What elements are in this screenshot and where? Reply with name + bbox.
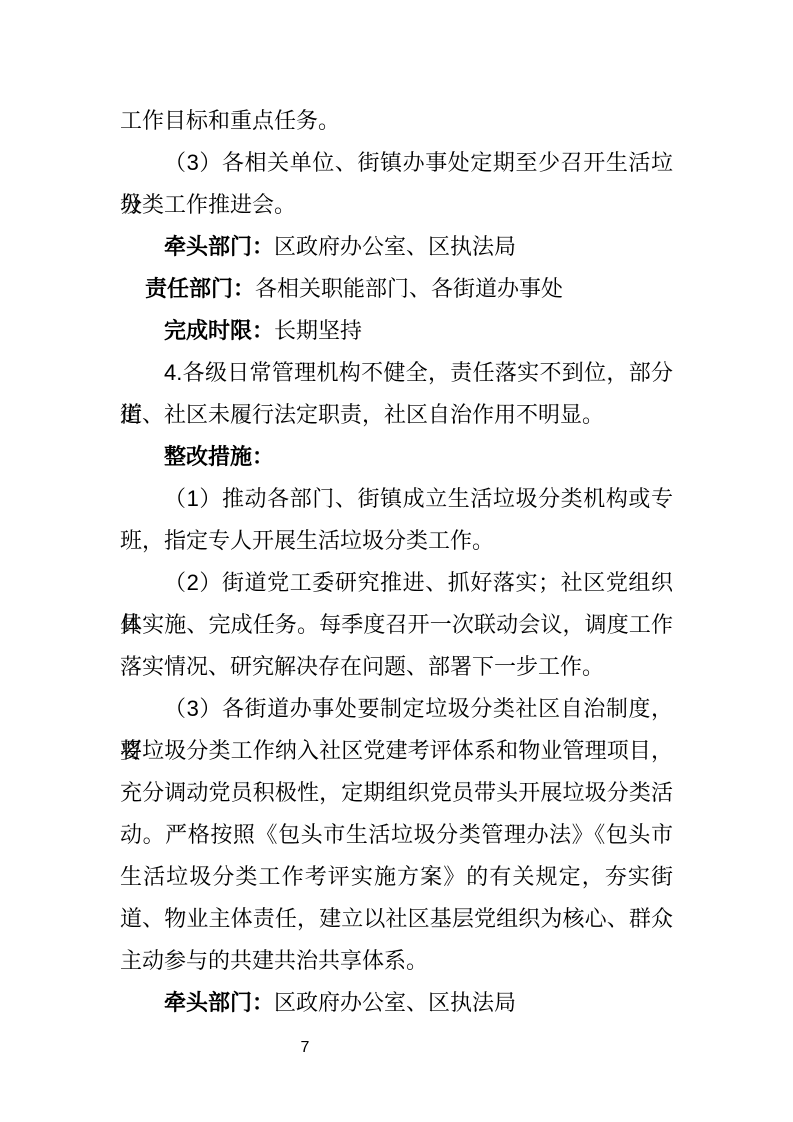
lead-department-label: 牵头部门： bbox=[164, 234, 274, 259]
doc-line: 道、物业主体责任，建立以社区基层党组织为核心、群众 bbox=[120, 898, 673, 940]
doc-line: 体实施、完成任务。每季度召开一次联动会议，调度工作 bbox=[120, 604, 673, 646]
doc-line: 生活垃圾分类工作考评实施方案》的有关规定，夯实街 bbox=[120, 856, 673, 898]
doc-line: 责任部门：各相关职能部门、各街道办事处 bbox=[120, 268, 673, 310]
doc-line: 整改措施： bbox=[120, 436, 673, 478]
responsible-department-label: 责任部门： bbox=[145, 276, 255, 301]
doc-line: 牵头部门：区政府办公室、区执法局 bbox=[120, 226, 673, 268]
doc-line: 动。严格按照《包头市生活垃圾分类管理办法》《包头市 bbox=[120, 814, 673, 856]
deadline-value: 长期坚持 bbox=[274, 318, 362, 343]
doc-line: 落实情况、研究解决存在问题、部署下一步工作。 bbox=[120, 646, 673, 688]
responsible-department-value: 各相关职能部门、各街道办事处 bbox=[255, 276, 563, 301]
doc-line: （3）各街道办事处要制定垃圾分类社区自治制度，要 bbox=[120, 688, 673, 730]
lead-department-value: 区政府办公室、区执法局 bbox=[274, 234, 516, 259]
doc-line: 分类工作推进会。 bbox=[120, 184, 673, 226]
doc-line: 牵头部门：区政府办公室、区执法局 bbox=[120, 982, 673, 1024]
lead-department-label: 牵头部门： bbox=[164, 990, 274, 1015]
doc-line: （2）街道党工委研究推进、抓好落实；社区党组织具 bbox=[120, 562, 673, 604]
doc-line: 工作目标和重点任务。 bbox=[120, 100, 673, 142]
lead-department-value: 区政府办公室、区执法局 bbox=[274, 990, 516, 1015]
doc-line: 完成时限：长期坚持 bbox=[120, 310, 673, 352]
rectification-measures-label: 整改措施： bbox=[164, 444, 274, 469]
doc-line: 4.各级日常管理机构不健全，责任落实不到位，部分街 bbox=[120, 352, 673, 394]
doc-line: （1）推动各部门、街镇成立生活垃圾分类机构或专 bbox=[120, 478, 673, 520]
doc-line: 道、社区未履行法定职责，社区自治作用不明显。 bbox=[120, 394, 673, 436]
document-page: 工作目标和重点任务。 （3）各相关单位、街镇办事处定期至少召开生活垃圾 分类工作… bbox=[0, 0, 793, 1122]
doc-line: （3）各相关单位、街镇办事处定期至少召开生活垃圾 bbox=[120, 142, 673, 184]
doc-line: 主动参与的共建共治共享体系。 bbox=[120, 940, 673, 982]
doc-line: 班，指定专人开展生活垃圾分类工作。 bbox=[120, 520, 673, 562]
doc-line: 将垃圾分类工作纳入社区党建考评体系和物业管理项目， bbox=[120, 730, 673, 772]
deadline-label: 完成时限： bbox=[164, 318, 274, 343]
page-number: 7 bbox=[293, 1038, 317, 1058]
doc-line: 充分调动党员积极性，定期组织党员带头开展垃圾分类活 bbox=[120, 772, 673, 814]
